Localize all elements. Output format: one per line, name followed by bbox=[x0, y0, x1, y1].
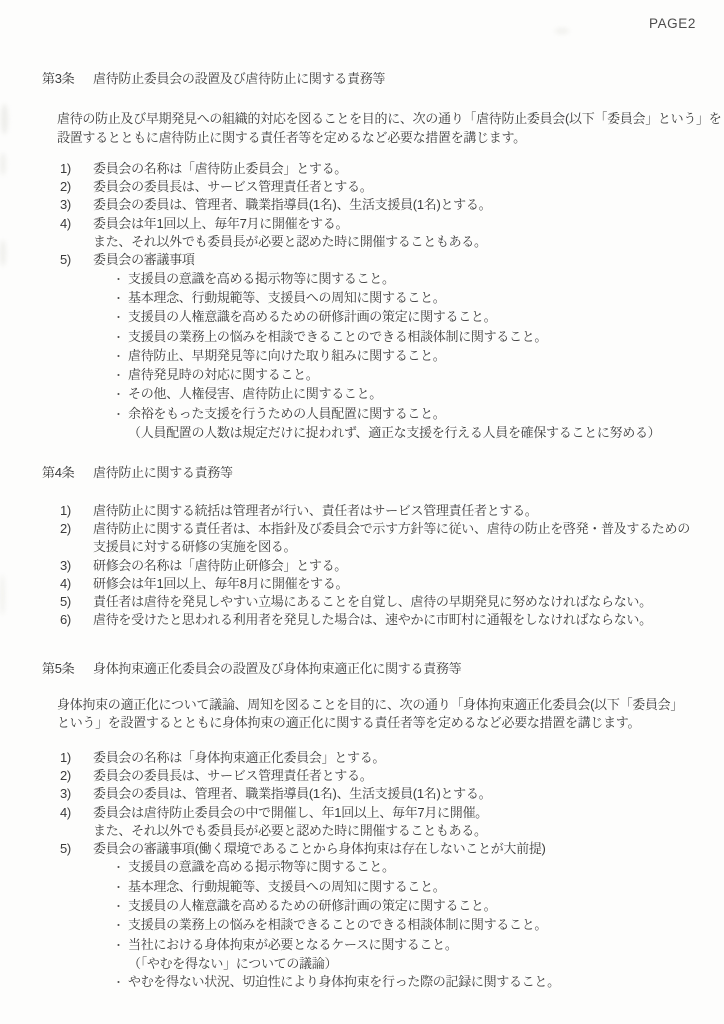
item-continuation: また、それ以外でも委員長が必要と認めた時に開催することもある。 bbox=[93, 822, 724, 840]
article-heading: 第5条身体拘束適正化委員会の設置及び身体拘束適正化に関する責務等 bbox=[0, 660, 724, 678]
document-page: PAGE2 第3条虐待防止委員会の設置及び虐待防止に関する責務等虐待の防止及び早… bbox=[0, 0, 724, 1024]
bullet-item: ・やむを得ない状況、切迫性により身体拘束を行った際の記録に関すること。 bbox=[113, 973, 724, 992]
list-item: 2)委員会の委員長は、サービス管理責任者とする。 bbox=[60, 178, 724, 196]
bullet-text: 支援員の業務上の悩みを相談できることのできる相談体制に関すること。 bbox=[128, 917, 547, 932]
list-item: 1)委員会の名称は「身体拘束適正化委員会」とする。 bbox=[60, 749, 724, 767]
article-section: 第4条虐待防止に関する責務等1)虐待防止に関する統括は管理者が行い、責任者はサー… bbox=[0, 464, 724, 629]
bullet-text: その他、人権侵害、虐待防止に関すること。 bbox=[128, 386, 382, 401]
bullet-item: ・虐待防止、早期発見等に向けた取り組みに関すること。 bbox=[113, 347, 724, 366]
list-item: 5)責任者は虐待を発見しやすい立場にあることを自覚し、虐待の早期発見に努めなけれ… bbox=[60, 593, 724, 611]
page-number: PAGE2 bbox=[649, 16, 696, 31]
list-item: 2)委員会の委員長は、サービス管理責任者とする。 bbox=[60, 767, 724, 785]
item-text: 委員会の委員は、管理者、職業指導員(1名)、生活支援員(1名)とする。 bbox=[93, 197, 491, 212]
article-number: 第5条 bbox=[42, 660, 93, 678]
item-text: 責任者は虐待を発見しやすい立場にあることを自覚し、虐待の早期発見に努めなければな… bbox=[93, 594, 652, 609]
item-number: 2) bbox=[60, 178, 93, 196]
bullet-item: ・余裕をもった支援を行うための人員配置に関すること。 bbox=[113, 405, 724, 424]
list-item: 3)委員会の委員は、管理者、職業指導員(1名)、生活支援員(1名)とする。 bbox=[60, 785, 724, 803]
item-number: 1) bbox=[60, 502, 93, 520]
item-number: 1) bbox=[60, 749, 93, 767]
bullet-text: 支援員の人権意識を高めるための研修計画の策定に関すること。 bbox=[128, 309, 496, 324]
item-text: 委員会は虐待防止委員会の中で開催し、年1回以上、毎年7月に開催。 bbox=[93, 805, 488, 820]
bullet-continuation: （人員配置の人数は規定だけに捉われず、適正な支援を行える人員を確保することに努め… bbox=[128, 424, 724, 442]
bullet-item: ・基本理念、行動規範等、支援員への周知に関すること。 bbox=[113, 878, 724, 897]
scan-artifact bbox=[555, 28, 569, 34]
item-text: 委員会の名称は「虐待防止委員会」とする。 bbox=[93, 161, 347, 176]
item-number: 2) bbox=[60, 520, 93, 538]
bullet-text: 余裕をもった支援を行うための人員配置に関すること。 bbox=[128, 406, 446, 421]
list-item: 5)委員会の審議事項(働く環境であることから身体拘束は存在しないことが大前提) bbox=[60, 840, 724, 858]
bullet-text: やむを得ない状況、切迫性により身体拘束を行った際の記録に関すること。 bbox=[128, 974, 560, 989]
item-number: 3) bbox=[60, 785, 93, 803]
bullet-item: ・その他、人権侵害、虐待防止に関すること。 bbox=[113, 385, 724, 404]
bullet-text: 支援員の意識を高める掲示物等に関すること。 bbox=[128, 271, 395, 286]
list-item: 4)委員会は虐待防止委員会の中で開催し、年1回以上、毎年7月に開催。 bbox=[60, 804, 724, 822]
item-number: 4) bbox=[60, 215, 93, 233]
bullet-dot-icon: ・ bbox=[113, 406, 128, 424]
bullet-item: ・虐待発見時の対応に関すること。 bbox=[113, 366, 724, 385]
document-body: 第3条虐待防止委員会の設置及び虐待防止に関する責務等虐待の防止及び早期発見への組… bbox=[0, 70, 724, 992]
article-section: 第3条虐待防止委員会の設置及び虐待防止に関する責務等虐待の防止及び早期発見への組… bbox=[0, 70, 724, 442]
list-item: 4)委員会は年1回以上、毎年7月に開催をする。 bbox=[60, 215, 724, 233]
item-text: 委員会の名称は「身体拘束適正化委員会」とする。 bbox=[93, 750, 385, 765]
bullet-dot-icon: ・ bbox=[113, 348, 128, 366]
bullet-item: ・支援員の意識を高める掲示物等に関すること。 bbox=[113, 270, 724, 289]
item-text: 虐待防止に関する責任者は、本指針及び委員会で示す方針等に従い、虐待の防止を啓発・… bbox=[93, 521, 690, 536]
bullet-dot-icon: ・ bbox=[113, 386, 128, 404]
article-item-list: 1)委員会の名称は「身体拘束適正化委員会」とする。2)委員会の委員長は、サービス… bbox=[0, 749, 724, 993]
item-number: 4) bbox=[60, 575, 93, 593]
bullet-item: ・支援員の人権意識を高めるための研修計画の策定に関すること。 bbox=[113, 308, 724, 327]
bullet-dot-icon: ・ bbox=[113, 917, 128, 935]
bullet-text: 基本理念、行動規範等、支援員への周知に関すること。 bbox=[128, 879, 446, 894]
bullet-dot-icon: ・ bbox=[113, 859, 128, 877]
bullet-text: 虐待発見時の対応に関すること。 bbox=[128, 367, 319, 382]
item-text: 委員会の委員長は、サービス管理責任者とする。 bbox=[93, 179, 372, 194]
item-text: 委員会の審議事項(働く環境であることから身体拘束は存在しないことが大前提) bbox=[93, 841, 546, 856]
article-intro: 身体拘束の適正化について議論、周知を図ることを目的に、次の通り「身体拘束適正化委… bbox=[0, 696, 724, 733]
intro-line: 虐待の防止及び早期発見への組織的対応を図ることを目的に、次の通り「虐待防止委員会… bbox=[57, 110, 724, 128]
bullet-text: 当社における身体拘束が必要となるケースに関すること。 bbox=[128, 937, 458, 952]
bullet-item: ・支援員の業務上の悩みを相談できることのできる相談体制に関すること。 bbox=[113, 328, 724, 347]
item-text: 虐待を受けたと思われる利用者を発見した場合は、速やかに市町村に通報をしなければな… bbox=[93, 612, 652, 627]
item-number: 3) bbox=[60, 196, 93, 214]
item-continuation: また、それ以外でも委員長が必要と認めた時に開催することもある。 bbox=[93, 233, 724, 251]
article-title: 虐待防止に関する責務等 bbox=[93, 465, 233, 480]
bullet-dot-icon: ・ bbox=[113, 329, 128, 347]
list-item: 1)委員会の名称は「虐待防止委員会」とする。 bbox=[60, 160, 724, 178]
article-item-list: 1)委員会の名称は「虐待防止委員会」とする。2)委員会の委員長は、サービス管理責… bbox=[0, 160, 724, 442]
article-number: 第4条 bbox=[42, 464, 93, 482]
item-number: 2) bbox=[60, 767, 93, 785]
bullet-item: ・当社における身体拘束が必要となるケースに関すること。 bbox=[113, 936, 724, 955]
bullet-item: ・基本理念、行動規範等、支援員への周知に関すること。 bbox=[113, 289, 724, 308]
item-number: 4) bbox=[60, 804, 93, 822]
item-number: 3) bbox=[60, 557, 93, 575]
item-text: 委員会の委員長は、サービス管理責任者とする。 bbox=[93, 768, 372, 783]
bullet-dot-icon: ・ bbox=[113, 271, 128, 289]
list-item: 3)委員会の委員は、管理者、職業指導員(1名)、生活支援員(1名)とする。 bbox=[60, 196, 724, 214]
article-heading: 第4条虐待防止に関する責務等 bbox=[0, 464, 724, 482]
article-intro: 虐待の防止及び早期発見への組織的対応を図ることを目的に、次の通り「虐待防止委員会… bbox=[0, 110, 724, 147]
intro-line: 設置するとともに虐待防止に関する責任者等を定めるなど必要な措置を講じます。 bbox=[57, 129, 724, 147]
bullet-text: 支援員の業務上の悩みを相談できることのできる相談体制に関すること。 bbox=[128, 329, 547, 344]
item-text: 研修会の名称は「虐待防止研修会」とする。 bbox=[93, 558, 347, 573]
item-number: 5) bbox=[60, 251, 93, 269]
bullet-dot-icon: ・ bbox=[113, 937, 128, 955]
bullet-item: ・支援員の意識を高める掲示物等に関すること。 bbox=[113, 858, 724, 877]
item-text: 委員会は年1回以上、毎年7月に開催をする。 bbox=[93, 216, 348, 231]
intro-line: という」を設置するとともに身体拘束の適正化に関する責任者等を定めるなど必要な措置… bbox=[57, 714, 724, 732]
bullet-dot-icon: ・ bbox=[113, 290, 128, 308]
list-item: 3)研修会の名称は「虐待防止研修会」とする。 bbox=[60, 557, 724, 575]
bullet-dot-icon: ・ bbox=[113, 879, 128, 897]
article-title: 身体拘束適正化委員会の設置及び身体拘束適正化に関する責務等 bbox=[93, 661, 461, 676]
article-section: 第5条身体拘束適正化委員会の設置及び身体拘束適正化に関する責務等身体拘束の適正化… bbox=[0, 660, 724, 993]
item-continuation: 支援員に対する研修の実施を図る。 bbox=[93, 538, 724, 556]
bullet-dot-icon: ・ bbox=[113, 309, 128, 327]
item-number: 5) bbox=[60, 840, 93, 858]
article-title: 虐待防止委員会の設置及び虐待防止に関する責務等 bbox=[93, 71, 385, 86]
item-text: 研修会は年1回以上、毎年8月に開催をする。 bbox=[93, 576, 348, 591]
bullet-continuation: （「やむを得ない」についての議論） bbox=[128, 955, 724, 973]
item-text: 虐待防止に関する統括は管理者が行い、責任者はサービス管理責任者とする。 bbox=[93, 503, 538, 518]
bullet-text: 支援員の意識を高める掲示物等に関すること。 bbox=[128, 859, 395, 874]
article-heading: 第3条虐待防止委員会の設置及び虐待防止に関する責務等 bbox=[0, 70, 724, 88]
bullet-text: 支援員の人権意識を高めるための研修計画の策定に関すること。 bbox=[128, 898, 496, 913]
bullet-dot-icon: ・ bbox=[113, 898, 128, 916]
bullet-text: 虐待防止、早期発見等に向けた取り組みに関すること。 bbox=[128, 348, 446, 363]
article-item-list: 1)虐待防止に関する統括は管理者が行い、責任者はサービス管理責任者とする。2)虐… bbox=[0, 502, 724, 630]
list-item: 1)虐待防止に関する統括は管理者が行い、責任者はサービス管理責任者とする。 bbox=[60, 502, 724, 520]
list-item: 2)虐待防止に関する責任者は、本指針及び委員会で示す方針等に従い、虐待の防止を啓… bbox=[60, 520, 724, 538]
bullet-text: 基本理念、行動規範等、支援員への周知に関すること。 bbox=[128, 290, 446, 305]
item-number: 5) bbox=[60, 593, 93, 611]
item-number: 6) bbox=[60, 611, 93, 629]
list-item: 6)虐待を受けたと思われる利用者を発見した場合は、速やかに市町村に通報をしなけれ… bbox=[60, 611, 724, 629]
bullet-dot-icon: ・ bbox=[113, 367, 128, 385]
bullet-item: ・支援員の業務上の悩みを相談できることのできる相談体制に関すること。 bbox=[113, 916, 724, 935]
item-text: 委員会の委員は、管理者、職業指導員(1名)、生活支援員(1名)とする。 bbox=[93, 786, 491, 801]
item-number: 1) bbox=[60, 160, 93, 178]
list-item: 5)委員会の審議事項 bbox=[60, 251, 724, 269]
intro-line: 身体拘束の適正化について議論、周知を図ることを目的に、次の通り「身体拘束適正化委… bbox=[57, 696, 724, 714]
bullet-item: ・支援員の人権意識を高めるための研修計画の策定に関すること。 bbox=[113, 897, 724, 916]
bullet-dot-icon: ・ bbox=[113, 974, 128, 992]
item-text: 委員会の審議事項 bbox=[93, 252, 195, 267]
article-number: 第3条 bbox=[42, 70, 93, 88]
list-item: 4)研修会は年1回以上、毎年8月に開催をする。 bbox=[60, 575, 724, 593]
